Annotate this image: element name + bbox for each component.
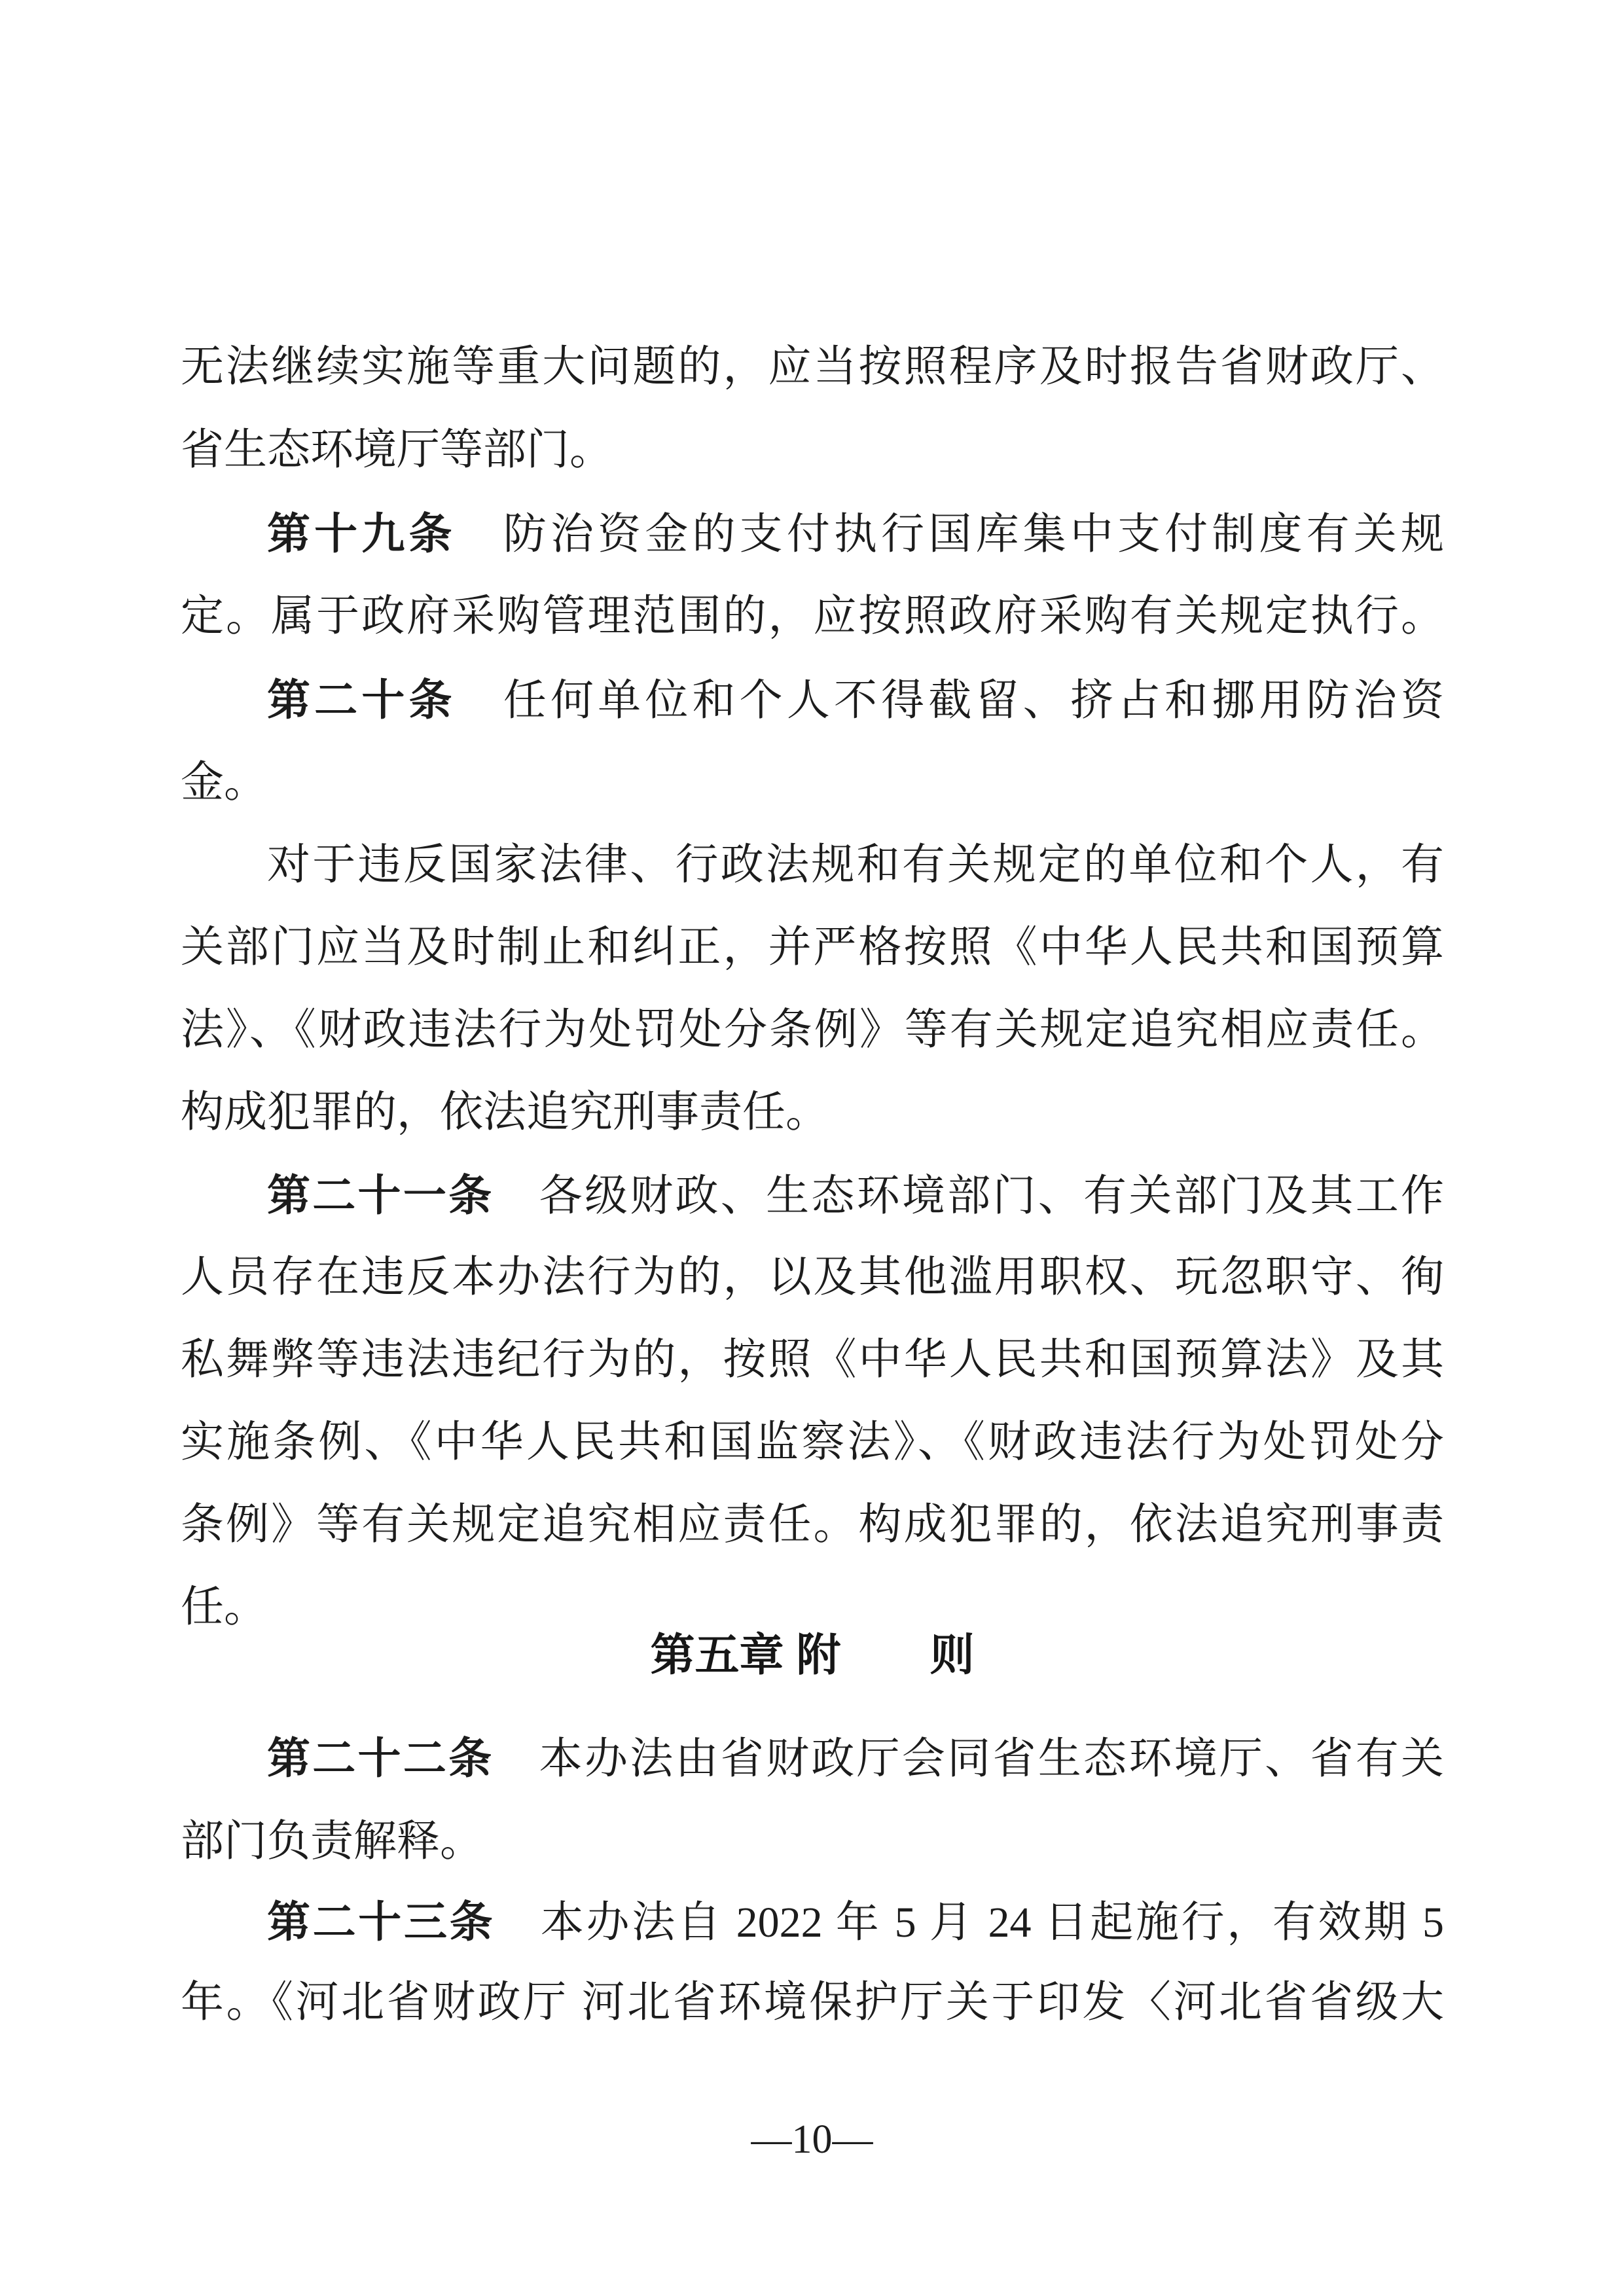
document-line: 第二十三条 本办法自 2022 年 5 月 24 日起施行，有效期 5: [181, 1898, 1444, 1946]
line-text: 省生态环境厅等部门。: [181, 426, 613, 474]
document-line: 构成犯罪的，依法追究刑事责任。: [181, 1089, 1444, 1136]
article-number: 第二十三条: [267, 1897, 495, 1946]
document-line: 实施条例、《中华人民共和国监察法》、《财政违法行为处罚处分: [181, 1419, 1444, 1466]
document-line: 年。《河北省财政厅 河北省环境保护厅关于印发〈河北省省级大: [181, 1979, 1444, 2026]
document-line: 法》、《财政违法行为处罚处分条例》等有关规定追究相应责任。: [181, 1007, 1444, 1054]
line-text: 各级财政、生态环境部门、有关部门及其工作: [494, 1172, 1444, 1220]
line-text: 关部门应当及时制止和纠正，并严格按照《中华人民共和国预算: [181, 924, 1444, 971]
article-number: 第二十一条: [267, 1171, 494, 1219]
document-line: 第二十一条 各级财政、生态环境部门、有关部门及其工作: [181, 1172, 1444, 1220]
line-text: 任。: [181, 1583, 267, 1631]
document-line: 对于违反国家法律、行政法规和有关规定的单位和个人，有: [181, 842, 1444, 889]
document-line: 人员存在违反本办法行为的，以及其他滥用职权、玩忽职守、徇: [181, 1254, 1444, 1301]
line-text: 法》、《财政违法行为处罚处分条例》等有关规定追究相应责任。: [181, 1006, 1444, 1054]
page-number: —10—: [0, 2118, 1624, 2161]
document-line: 任。: [181, 1584, 1444, 1631]
line-text: 任何单位和个人不得截留、挤占和挪用防治资: [456, 677, 1444, 725]
line-text: 实施条例、《中华人民共和国监察法》、《财政违法行为处罚处分: [181, 1418, 1444, 1466]
article-number: 第二十二条: [267, 1734, 494, 1782]
document-line: 关部门应当及时制止和纠正，并严格按照《中华人民共和国预算: [181, 924, 1444, 971]
article-number: 第十九条: [267, 509, 456, 558]
line-text: 本办法自 2022 年 5 月 24 日起施行，有效期 5: [495, 1899, 1444, 1946]
line-text: 部门负责解释。: [181, 1818, 483, 1865]
chapter-heading: 第五章 附 则: [181, 1631, 1444, 1679]
document-page: 无法继续实施等重大问题的，应当按照程序及时报告省财政厅、 省生态环境厅等部门。 …: [0, 0, 1624, 2296]
document-line: 第二十二条 本办法由省财政厅会同省生态环境厅、省有关: [181, 1734, 1444, 1783]
document-line: 无法继续实施等重大问题的，应当按照程序及时报告省财政厅、: [181, 344, 1444, 391]
line-text: 无法继续实施等重大问题的，应当按照程序及时报告省财政厅、: [181, 343, 1444, 391]
line-text: 定。属于政府采购管理范围的，应按照政府采购有关规定执行。: [181, 592, 1444, 640]
document-line: 部门负责解释。: [181, 1818, 1444, 1865]
line-text: 金。: [181, 759, 267, 806]
line-text: 构成犯罪的，依法追究刑事责任。: [181, 1088, 829, 1136]
line-text: 年。《河北省财政厅 河北省环境保护厅关于印发〈河北省省级大: [181, 1979, 1444, 2026]
line-text: 本办法由省财政厅会同省生态环境厅、省有关: [494, 1735, 1444, 1783]
line-text: 对于违反国家法律、行政法规和有关规定的单位和个人，有: [267, 841, 1444, 889]
document-line: 私舞弊等违法违纪行为的，按照《中华人民共和国预算法》及其: [181, 1336, 1444, 1384]
line-text: 条例》等有关规定追究相应责任。构成犯罪的，依法追究刑事责: [181, 1501, 1444, 1549]
article-number: 第二十条: [267, 675, 456, 724]
document-line: 定。属于政府采购管理范围的，应按照政府采购有关规定执行。: [181, 593, 1444, 640]
line-text: 私舞弊等违法违纪行为的，按照《中华人民共和国预算法》及其: [181, 1336, 1444, 1384]
document-line: 第十九条 防治资金的支付执行国库集中支付制度有关规: [181, 510, 1444, 558]
line-text: 人员存在违反本办法行为的，以及其他滥用职权、玩忽职守、徇: [181, 1253, 1444, 1301]
document-line: 第二十条 任何单位和个人不得截留、挤占和挪用防治资: [181, 676, 1444, 725]
document-line: 条例》等有关规定追究相应责任。构成犯罪的，依法追究刑事责: [181, 1501, 1444, 1549]
document-line: 省生态环境厅等部门。: [181, 427, 1444, 474]
line-text: 防治资金的支付执行国库集中支付制度有关规: [456, 511, 1444, 558]
document-line: 金。: [181, 759, 1444, 806]
